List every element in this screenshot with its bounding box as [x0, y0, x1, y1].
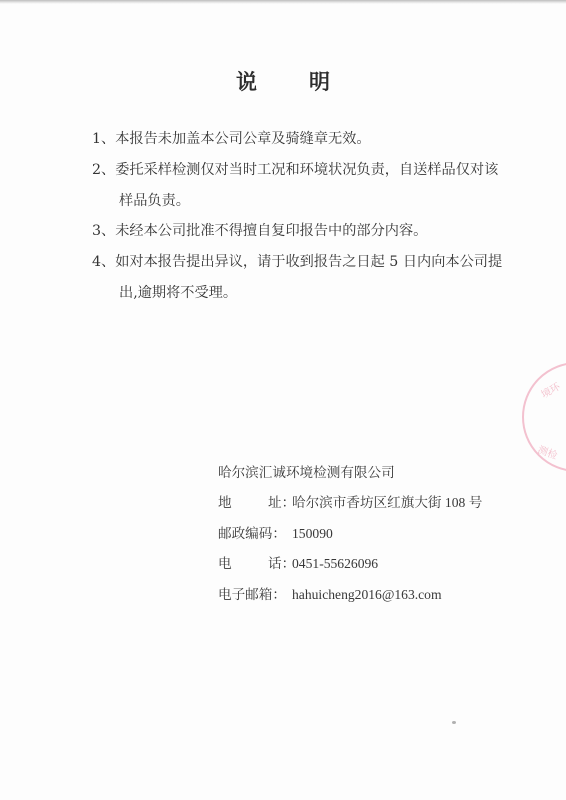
note-text: 如对本报告提出异议，请于收到报告之日起 5 日内向本公司提 — [115, 254, 502, 270]
phone-label: 电话： — [218, 549, 292, 579]
note-number: 1、 — [92, 131, 115, 147]
company-seal-stamp: 境环 测检 — [522, 362, 566, 472]
stamp-text-bottom: 测检 — [536, 441, 560, 462]
note-item-4: 4、如对本报告提出异议，请于收到报告之日起 5 日内向本公司提 出,逾期将不受理… — [92, 247, 508, 309]
note-number: 3、 — [92, 223, 115, 239]
postcode-value: 150090 — [292, 526, 333, 541]
note-item-2: 2、委托采样检测仅对当时工况和环境状况负责，自送样品仅对该 样品负责。 — [92, 155, 508, 217]
company-name-row: 哈尔滨汇诚环境检测有限公司 — [218, 458, 482, 488]
notes-list: 1、本报告未加盖本公司公章及骑缝章无效。 2、委托采样检测仅对当时工况和环境状况… — [92, 124, 508, 309]
title-char-1: 说 — [236, 66, 257, 96]
note-text-continued: 样品负责。 — [92, 186, 508, 217]
address-label: 地址： — [218, 488, 292, 518]
postcode-row: 邮政编码：150090 — [218, 519, 482, 549]
email-value: hahuicheng2016@163.com — [292, 587, 442, 602]
email-label: 电子邮箱： — [218, 580, 292, 610]
contact-block: 哈尔滨汇诚环境检测有限公司 地址：哈尔滨市香坊区红旗大街 108 号 邮政编码：… — [218, 458, 482, 610]
note-number: 4、 — [92, 254, 115, 270]
title-char-2: 明 — [309, 66, 330, 96]
note-text: 未经本公司批准不得擅自复印报告中的部分内容。 — [115, 223, 427, 239]
note-number: 2、 — [92, 162, 115, 178]
company-name: 哈尔滨汇诚环境检测有限公司 — [218, 465, 395, 481]
note-item-1: 1、本报告未加盖本公司公章及骑缝章无效。 — [92, 124, 508, 155]
postcode-label: 邮政编码： — [218, 519, 292, 549]
note-item-3: 3、未经本公司批准不得擅自复印报告中的部分内容。 — [92, 216, 508, 247]
scan-top-edge — [0, 0, 566, 4]
note-text: 委托采样检测仅对当时工况和环境状况负责，自送样品仅对该 — [115, 162, 498, 178]
note-text: 本报告未加盖本公司公章及骑缝章无效。 — [115, 131, 370, 147]
page-title: 说明 — [0, 66, 566, 96]
email-row: 电子邮箱：hahuicheng2016@163.com — [218, 580, 482, 610]
scan-speck — [452, 721, 456, 724]
address-row: 地址：哈尔滨市香坊区红旗大街 108 号 — [218, 488, 482, 518]
phone-value: 0451-55626096 — [292, 556, 378, 571]
stamp-text-top: 境环 — [538, 378, 563, 401]
note-text-continued: 出,逾期将不受理。 — [92, 278, 508, 309]
phone-row: 电话：0451-55626096 — [218, 549, 482, 579]
address-value: 哈尔滨市香坊区红旗大街 108 号 — [292, 495, 482, 510]
